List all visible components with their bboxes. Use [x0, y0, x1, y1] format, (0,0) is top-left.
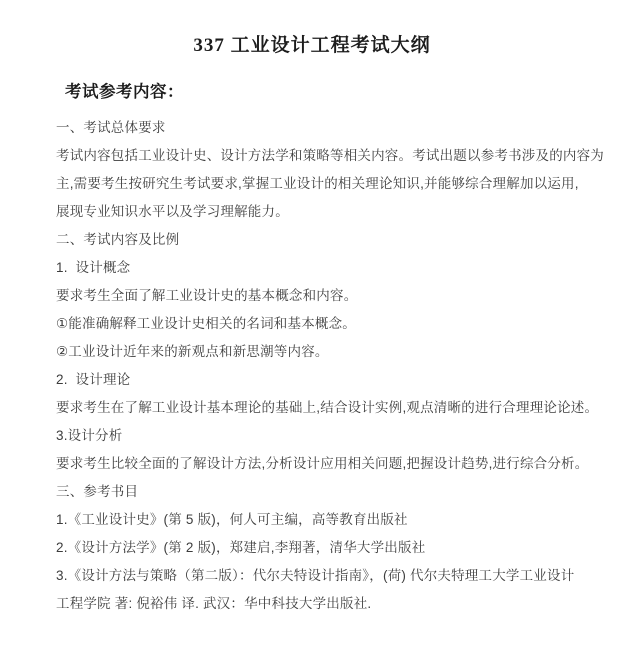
document-title: 337 工业设计工程考试大纲: [0, 0, 624, 60]
section-1-heading: 一、考试总体要求: [0, 114, 624, 142]
paragraph-line: 展现专业知识水平以及学习理解能力。: [0, 198, 624, 226]
numbered-point-2: ②工业设计近年来的新观点和新思潮等内容。: [0, 338, 624, 366]
paragraph-line: 要求考生比较全面的了解设计方法,分析设计应用相关问题,把握设计趋势,进行综合分析…: [0, 450, 624, 478]
book-reference-2: 2.《设计方法学》(第 2 版)，郑建启,李翔著，清华大学出版社: [0, 534, 624, 562]
numbered-point-1: ①能准确解释工业设计史相关的名词和基本概念。: [0, 310, 624, 338]
section-2-heading: 二、考试内容及比例: [0, 226, 624, 254]
paragraph-line: 考试内容包括工业设计史、设计方法学和策略等相关内容。考试出题以参考书涉及的内容为: [0, 142, 624, 170]
paragraph-line: 主,需要考生按研究生考试要求,掌握工业设计的相关理论知识,并能够综合理解加以运用…: [0, 170, 624, 198]
list-item-2-heading: 2. 设计理论: [0, 366, 624, 394]
book-reference-1: 1.《工业设计史》(第 5 版)，何人可主编，高等教育出版社: [0, 506, 624, 534]
paragraph-line: 要求考生在了解工业设计基本理论的基础上,结合设计实例,观点清晰的进行合理理论论述…: [0, 394, 624, 422]
section-3-heading: 三、参考书目: [0, 478, 624, 506]
list-item-1-heading: 1. 设计概念: [0, 254, 624, 282]
book-reference-3-continued: 工程学院 著: 倪裕伟 译. 武汉：华中科技大学出版社.: [0, 590, 624, 618]
paragraph-line: 要求考生全面了解工业设计史的基本概念和内容。: [0, 282, 624, 310]
document-body: 一、考试总体要求 考试内容包括工业设计史、设计方法学和策略等相关内容。考试出题以…: [0, 114, 624, 618]
book-reference-3: 3.《设计方法与策略（第二版）：代尔夫特设计指南》，(荷) 代尔夫特理工大学工业…: [0, 562, 624, 590]
list-item-3-heading: 3.设计分析: [0, 422, 624, 450]
document-page: 337 工业设计工程考试大纲 考试参考内容： 一、考试总体要求 考试内容包括工业…: [0, 0, 624, 664]
section-heading: 考试参考内容：: [0, 80, 624, 104]
